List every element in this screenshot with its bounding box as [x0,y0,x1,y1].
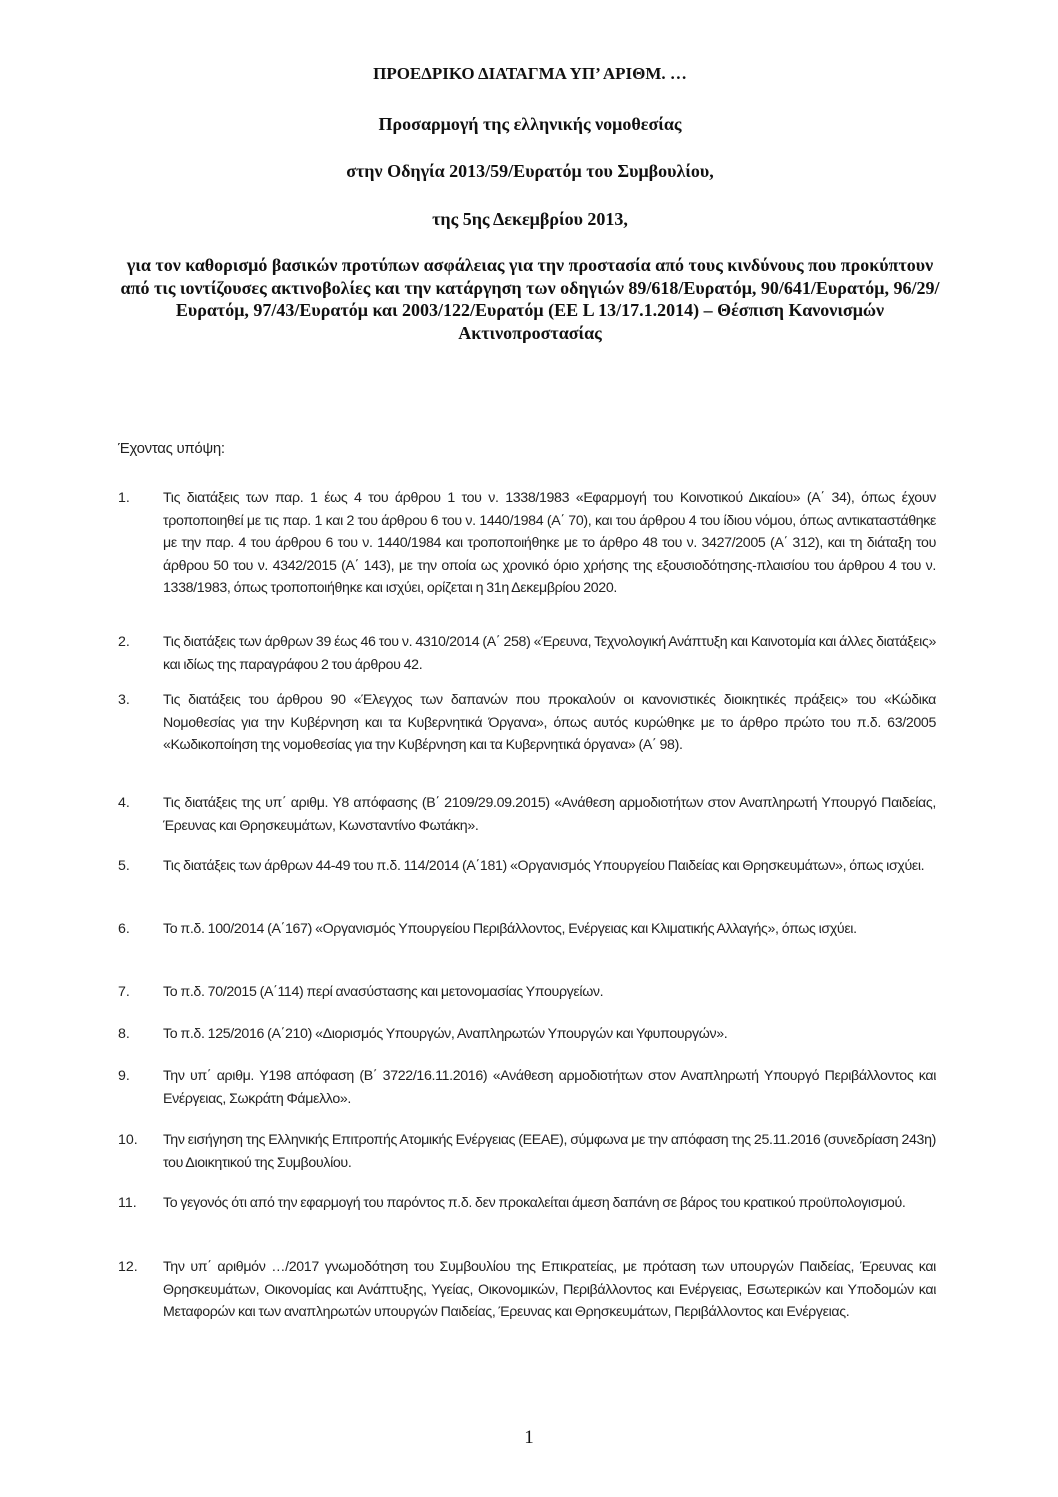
item-number: 12. [118,1256,163,1324]
list-item: 6. Το π.δ. 100/2014 (Α΄167) «Οργανισμός … [118,918,936,941]
decree-title: ΠΡΟΕΔΡΙΚΟ ΔΙΑΤΑΓΜΑ ΥΠ’ ΑΡΙΘΜ. … [120,64,940,84]
decree-subtitle-paragraph: για τον καθορισμό βασικών προτύπων ασφάλ… [120,254,940,344]
item-number: 3. [118,689,163,757]
item-text: Τις διατάξεις των παρ. 1 έως 4 του άρθρο… [163,487,936,600]
list-item: 10. Την εισήγηση της Ελληνικής Επιτροπής… [118,1129,936,1174]
preamble-intro: Έχοντας υπόψη: [118,440,225,457]
item-text: Το π.δ. 125/2016 (Α΄210) «Διορισμός Υπου… [163,1023,936,1046]
document-page: ΠΡΟΕΔΡΙΚΟ ΔΙΑΤΑΓΜΑ ΥΠ’ ΑΡΙΘΜ. … Προσαρμο… [0,0,1058,1497]
item-number: 1. [118,487,163,600]
list-item: 1. Τις διατάξεις των παρ. 1 έως 4 του άρ… [118,487,936,600]
list-item: 9. Την υπ΄ αριθμ. Υ198 απόφαση (Β΄ 3722/… [118,1065,936,1110]
item-number: 8. [118,1023,163,1046]
item-text: Το π.δ. 70/2015 (Α΄114) περί ανασύστασης… [163,981,936,1004]
item-text: Την υπ΄ αριθμ. Υ198 απόφαση (Β΄ 3722/16.… [163,1065,936,1110]
page-number: 1 [0,1427,1058,1449]
item-number: 7. [118,981,163,1004]
item-number: 2. [118,631,163,676]
item-number: 9. [118,1065,163,1110]
list-item: 12. Την υπ΄ αριθμόν …/2017 γνωμοδότηση τ… [118,1256,936,1324]
decree-subtitle-line: της 5ης Δεκεμβρίου 2013, [120,209,940,230]
item-number: 6. [118,918,163,941]
item-number: 11. [118,1192,163,1215]
list-item: 11. Το γεγονός ότι από την εφαρμογή του … [118,1192,936,1215]
decree-subtitle-line: Προσαρμογή της ελληνικής νομοθεσίας [120,114,940,135]
list-item: 4. Τις διατάξεις της υπ΄ αριθμ. Υ8 απόφα… [118,792,936,837]
list-item: 3. Τις διατάξεις του άρθρου 90 «Έλεγχος … [118,689,936,757]
item-number: 4. [118,792,163,837]
list-item: 8. Το π.δ. 125/2016 (Α΄210) «Διορισμός Υ… [118,1023,936,1046]
item-text: Τις διατάξεις της υπ΄ αριθμ. Υ8 απόφασης… [163,792,936,837]
item-text: Τις διατάξεις των άρθρων 39 έως 46 του ν… [163,631,936,676]
item-text: Το γεγονός ότι από την εφαρμογή του παρό… [163,1192,936,1215]
list-item: 7. Το π.δ. 70/2015 (Α΄114) περί ανασύστα… [118,981,936,1004]
list-item: 2. Τις διατάξεις των άρθρων 39 έως 46 το… [118,631,936,676]
item-text: Τις διατάξεις των άρθρων 44-49 του π.δ. … [163,855,936,878]
list-item: 5. Τις διατάξεις των άρθρων 44-49 του π.… [118,855,936,878]
item-number: 10. [118,1129,163,1174]
item-number: 5. [118,855,163,878]
item-text: Το π.δ. 100/2014 (Α΄167) «Οργανισμός Υπο… [163,918,936,941]
item-text: Τις διατάξεις του άρθρου 90 «Έλεγχος των… [163,689,936,757]
decree-subtitle-line: στην Οδηγία 2013/59/Ευρατόμ του Συμβουλί… [120,161,940,182]
item-text: Την εισήγηση της Ελληνικής Επιτροπής Ατο… [163,1129,936,1174]
item-text: Την υπ΄ αριθμόν …/2017 γνωμοδότηση του Σ… [163,1256,936,1324]
